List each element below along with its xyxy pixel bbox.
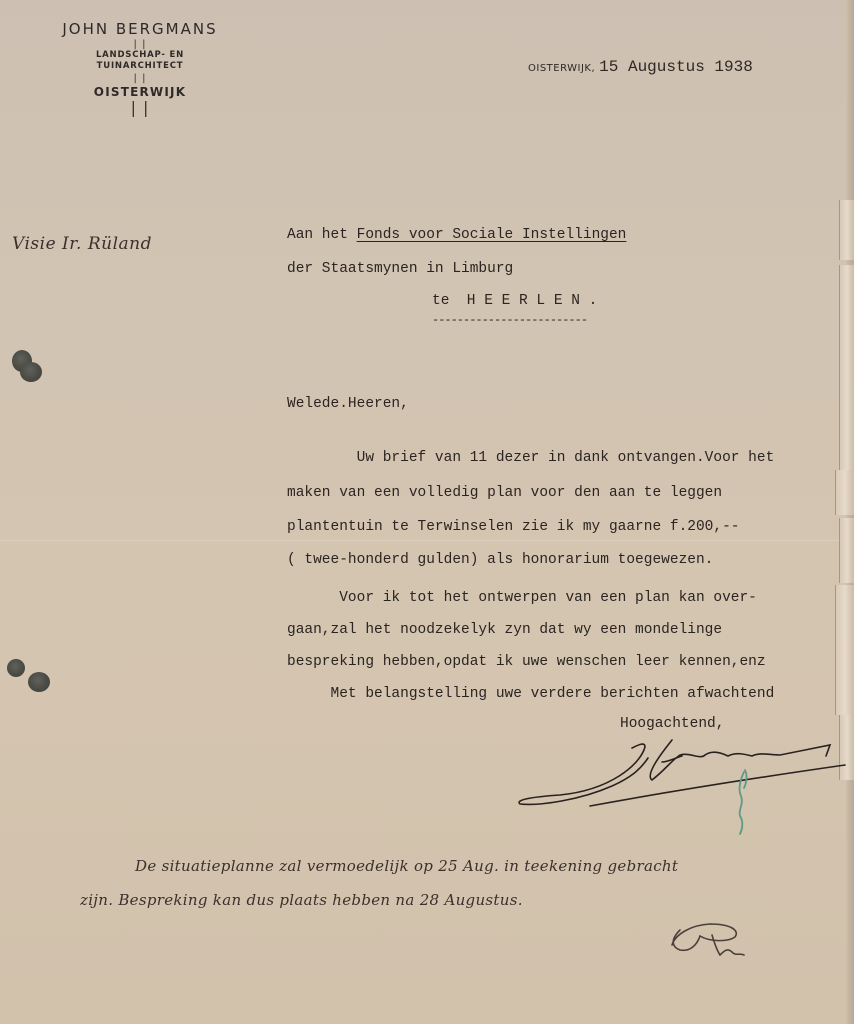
letter-page: JOHN BERGMANS | | LANDSCHAP- EN TUINARCH…	[0, 0, 854, 1024]
handwritten-note-line1: De situatieplanne zal vermoedelijk op 25…	[135, 857, 678, 875]
handwritten-note-line2: zijn. Bespreking kan dus plaats hebben n…	[80, 891, 523, 909]
